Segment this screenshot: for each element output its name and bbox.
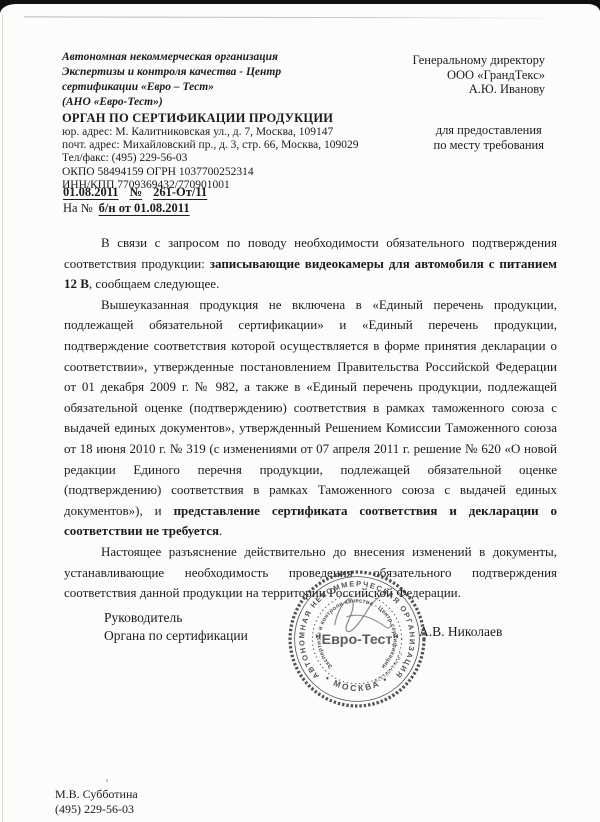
recipient-line-2: ООО «ГрандТекс» — [412, 68, 545, 83]
org-legal-address: юр. адрес: М. Калитниковская ул., д. 7, … — [62, 126, 402, 139]
recipient-block: Генеральному директору ООО «ГрандТекс» А… — [412, 53, 545, 97]
org-name-line-2: Экспертизы и контроля качества - Центр — [62, 65, 402, 80]
reference-number: 261-От/11 — [153, 185, 207, 199]
reference-line-reply: На №б/н от 01.08.2011 — [63, 201, 207, 217]
reference-reply-prefix: На № — [63, 201, 93, 215]
footer-contact-phone: (495) 229-56-03 — [55, 802, 138, 817]
footer-contact-name: М.В. Субботина — [55, 787, 138, 802]
recipient-line-3: А.Ю. Иванову — [412, 82, 545, 97]
reference-line-outgoing: 01.08.2011№261-От/11 — [63, 185, 207, 201]
org-postal-address: почт. адрес: Михайловский пр., д. 3, стр… — [62, 139, 402, 152]
paragraph-2-text: Вышеуказанная продукция не включена в «Е… — [64, 297, 557, 518]
paragraph-1: В связи с запросом по поводу необходимос… — [64, 233, 557, 295]
recipient-note-line-2: по месту требования — [434, 138, 545, 153]
scanned-letter-page: Автономная некоммерческая организация Эк… — [0, 4, 600, 822]
stamp-center-text: "Евро-Тест" — [315, 632, 399, 648]
org-name-line-4: (АНО «Евро-Тест») — [62, 95, 402, 110]
letterhead-org-block: Автономная некоммерческая организация Эк… — [62, 50, 402, 193]
recipient-note-line-1: для предоставления — [434, 123, 545, 138]
letter-body: В связи с запросом по поводу необходимос… — [64, 233, 557, 604]
scan-edge-left — [2, 14, 3, 822]
org-name-line-3: сертификации «Евро – Тест» — [62, 80, 402, 95]
org-title: ОРГАН ПО СЕРТИФИКАЦИИ ПРОДУКЦИИ — [62, 111, 402, 126]
recipient-line-1: Генеральному директору — [412, 53, 545, 68]
signature-role-line-2: Органа по сертификации — [104, 627, 248, 645]
paragraph-2-tail: . — [219, 523, 222, 538]
scan-line-artifact — [24, 16, 574, 18]
org-name-line-1: Автономная некоммерческая организация — [62, 50, 402, 65]
recipient-note: для предоставления по месту требования — [434, 123, 545, 152]
scan-speckle — [106, 779, 108, 782]
stamp-outer-ring-text: АВТОНОМНАЯ НЕКОММЕРЧЕСКАЯ ОРГАНИЗАЦИЯ — [297, 579, 417, 680]
paragraph-1-tail: , сообщаем следующее. — [89, 276, 219, 291]
footer-contact: М.В. Субботина (495) 229-56-03 — [55, 787, 138, 817]
org-okpo-ogrn: ОКПО 58494159 ОГРН 1037700252314 — [62, 166, 402, 179]
signature-role-line-1: Руководитель — [104, 609, 248, 627]
certification-stamp: АВТОНОМНАЯ НЕКОММЕРЧЕСКАЯ ОРГАНИЗАЦИЯ Эк… — [286, 568, 428, 710]
org-phone: Тел/факс: (495) 229-56-03 — [62, 152, 402, 165]
signature-name: А.В. Николаев — [419, 624, 502, 640]
paragraph-2: Вышеуказанная продукция не включена в «Е… — [64, 295, 557, 542]
stamp-outer-ring-textpath: АВТОНОМНАЯ НЕКОММЕРЧЕСКАЯ ОРГАНИЗАЦИЯ — [297, 579, 417, 680]
reference-date: 01.08.2011 — [63, 185, 119, 199]
reference-block: 01.08.2011№261-От/11 На №б/н от 01.08.20… — [63, 185, 207, 216]
reference-number-sign: № — [130, 185, 143, 199]
reference-reply-value: б/н от 01.08.2011 — [99, 201, 190, 215]
signature-role: Руководитель Органа по сертификации — [104, 609, 248, 644]
